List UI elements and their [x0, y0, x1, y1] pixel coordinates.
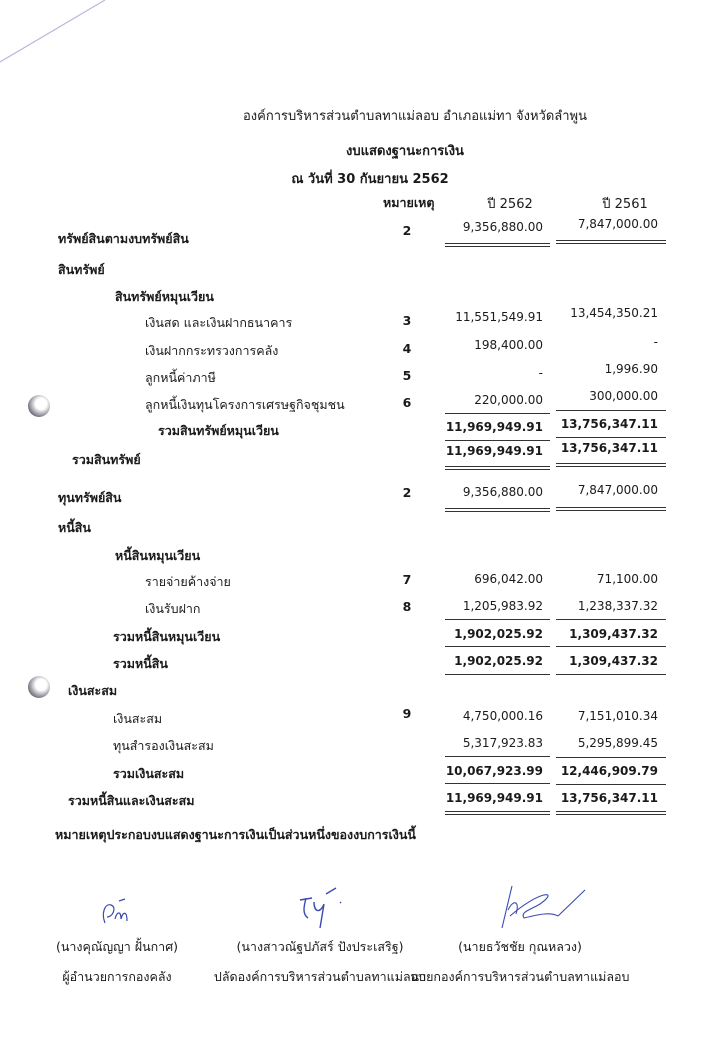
signatory-name: (นางคุณัญญา ฝั้นกาศ): [52, 937, 182, 957]
section-heading: เงินสะสม: [0, 681, 720, 701]
subtotal-row: รวมสินทรัพย์หมุนเวียน 11,969,949.91 13,7…: [0, 421, 720, 441]
value-2561: 1,309,437.32: [518, 627, 658, 641]
value-2561: 12,446,909.79: [518, 764, 658, 778]
handwritten-signature-icon: [97, 895, 137, 929]
table-row: ลูกหนี้เงินทุนโครงการเศรษฐกิจชุมชน 6 220…: [0, 395, 720, 415]
row-label: รวมหนี้สิน: [113, 654, 168, 674]
underline: [445, 646, 550, 647]
statement-title: งบแสดงฐานะการเงิน: [45, 140, 720, 161]
row-label: หนี้สิน: [58, 518, 91, 538]
signature-block-deputy-chief: (นางสาวณัฐปภัสร์ ปังประเสริฐ) ปลัดองค์กา…: [210, 880, 430, 987]
underline: [556, 757, 666, 758]
row-label: เงินฝากกระทรวงการคลัง: [145, 341, 278, 361]
organization-name: องค์การบริหารส่วนตำบลทาแม่ลอบ อำเภอแม่ทา…: [55, 105, 720, 126]
double-underline: [556, 463, 666, 467]
row-label: รวมสินทรัพย์หมุนเวียน: [158, 421, 279, 441]
row-label: ทรัพย์สินตามงบทรัพย์สิน: [58, 229, 189, 249]
value-2561: 13,756,347.11: [518, 441, 658, 455]
grand-total-row: รวมหนี้สินและเงินสะสม 11,969,949.91 13,7…: [0, 791, 720, 811]
table-row: เงินฝากกระทรวงการคลัง 4 198,400.00 -: [0, 341, 720, 361]
row-label: ลูกหนี้เงินทุนโครงการเศรษฐกิจชุมชน: [145, 395, 345, 415]
table-row: เงินรับฝาก 8 1,205,983.92 1,238,337.32: [0, 599, 720, 619]
underline: [556, 784, 666, 785]
value-2561: 7,847,000.00: [518, 483, 658, 497]
row-label: สินทรัพย์: [58, 260, 105, 280]
section-heading: สินทรัพย์: [0, 260, 720, 280]
total-row: รวมสินทรัพย์ 11,969,949.91 13,756,347.11: [0, 450, 720, 470]
double-underline: [556, 507, 666, 511]
row-label: เงินรับฝาก: [145, 599, 200, 619]
double-underline: [445, 811, 550, 815]
underline: [445, 674, 550, 675]
table-row: รายจ่ายค้างจ่าย 7 696,042.00 71,100.00: [0, 572, 720, 592]
row-label: ทุนทรัพย์สิน: [58, 488, 121, 508]
table-row: ลูกหนี้ค่าภาษี 5 - 1,996.90: [0, 368, 720, 388]
underline: [445, 619, 550, 620]
row-label: สินทรัพย์หมุนเวียน: [115, 287, 214, 307]
financial-statement-page: องค์การบริหารส่วนตำบลทาแม่ลอบ อำเภอแม่ทา…: [0, 0, 720, 1063]
underline: [445, 756, 550, 757]
signatory-position: ปลัดองค์การบริหารส่วนตำบลทาแม่ลอบ: [210, 967, 430, 987]
handwritten-signature-icon: [290, 880, 350, 930]
double-underline: [445, 243, 550, 247]
signatory-name: (นางสาวณัฐปภัสร์ ปังประเสริฐ): [210, 937, 430, 957]
signatory-name: (นายธวัชชัย กุณหลวง): [400, 937, 640, 957]
underline: [445, 783, 550, 784]
section-heading: หนี้สิน: [0, 518, 720, 538]
total-row: รวมหนี้สิน 1,902,025.92 1,309,437.32: [0, 654, 720, 674]
underline: [556, 619, 666, 620]
value-2561: 13,454,350.21: [518, 306, 658, 320]
double-underline: [556, 811, 666, 815]
row-label: ทุนสำรองเงินสะสม: [113, 736, 214, 756]
row-label: เงินสะสม: [68, 681, 117, 701]
underline: [445, 413, 550, 414]
value-2561: 1,238,337.32: [518, 599, 658, 613]
signature-block-finance-director: (นางคุณัญญา ฝั้นกาศ) ผู้อำนวยการกองคลัง: [52, 895, 182, 987]
scan-artifact-line: [0, 0, 110, 70]
row-label: รายจ่ายค้างจ่าย: [145, 572, 231, 592]
table-row: ทุนสำรองเงินสะสม 5,317,923.83 5,295,899.…: [0, 736, 720, 756]
double-underline: [556, 240, 666, 244]
value-2561: 71,100.00: [518, 572, 658, 586]
value-2561: 13,756,347.11: [518, 417, 658, 431]
footnote: หมายเหตุประกอบงบแสดงฐานะการเงินเป็นส่วนห…: [55, 825, 416, 845]
value-2561: 7,151,010.34: [518, 709, 658, 723]
column-header-note: หมายเหตุ: [383, 193, 434, 213]
value-2561: 5,295,899.45: [518, 736, 658, 750]
table-row: เงินสด และเงินฝากธนาคาร 3 11,551,549.91 …: [0, 313, 720, 333]
underline: [556, 410, 666, 411]
signature-block-chief-executive: (นายธวัชชัย กุณหลวง) นายกองค์การบริหารส่…: [400, 880, 640, 987]
row-label: เงินสด และเงินฝากธนาคาร: [145, 313, 292, 333]
value-2561: -: [518, 335, 658, 349]
row-label: หนี้สินหมุนเวียน: [115, 546, 200, 566]
subtotal-row: รวมเงินสะสม 10,067,923.99 12,446,909.79: [0, 764, 720, 784]
column-header-year-previous: ปี 2561: [585, 193, 665, 214]
subsection-heading: สินทรัพย์หมุนเวียน: [0, 287, 720, 307]
row-label: รวมหนี้สินและเงินสะสม: [68, 791, 195, 811]
subtotal-row: รวมหนี้สินหมุนเวียน 1,902,025.92 1,309,4…: [0, 627, 720, 647]
row-label: รวมเงินสะสม: [113, 764, 184, 784]
value-2561: 7,847,000.00: [518, 217, 658, 231]
table-row: ทรัพย์สินตามงบทรัพย์สิน 2 9,356,880.00 7…: [0, 229, 720, 249]
value-2561: 13,756,347.11: [518, 791, 658, 805]
subsection-heading: หนี้สินหมุนเวียน: [0, 546, 720, 566]
double-underline: [445, 466, 550, 470]
underline: [556, 674, 666, 675]
underline: [556, 437, 666, 438]
value-2561: 1,309,437.32: [518, 654, 658, 668]
row-label: รวมหนี้สินหมุนเวียน: [113, 627, 220, 647]
double-underline: [445, 508, 550, 512]
as-of-date: ณ วันที่ 30 กันยายน 2562: [10, 168, 720, 189]
value-2561: 300,000.00: [518, 389, 658, 403]
row-label: ลูกหนี้ค่าภาษี: [145, 368, 216, 388]
underline: [556, 646, 666, 647]
row-label: รวมสินทรัพย์: [72, 450, 141, 470]
row-label: เงินสะสม: [113, 709, 162, 729]
table-row: เงินสะสม 9 4,750,000.16 7,151,010.34: [0, 709, 720, 729]
handwritten-signature-icon: [450, 880, 590, 932]
signatory-position: ผู้อำนวยการกองคลัง: [52, 967, 182, 987]
column-header-year-current: ปี 2562: [470, 193, 550, 214]
table-row: ทุนทรัพย์สิน 2 9,356,880.00 7,847,000.00: [0, 488, 720, 508]
value-2561: 1,996.90: [518, 362, 658, 376]
signatory-position: นายกองค์การบริหารส่วนตำบลทาแม่ลอบ: [400, 967, 640, 987]
